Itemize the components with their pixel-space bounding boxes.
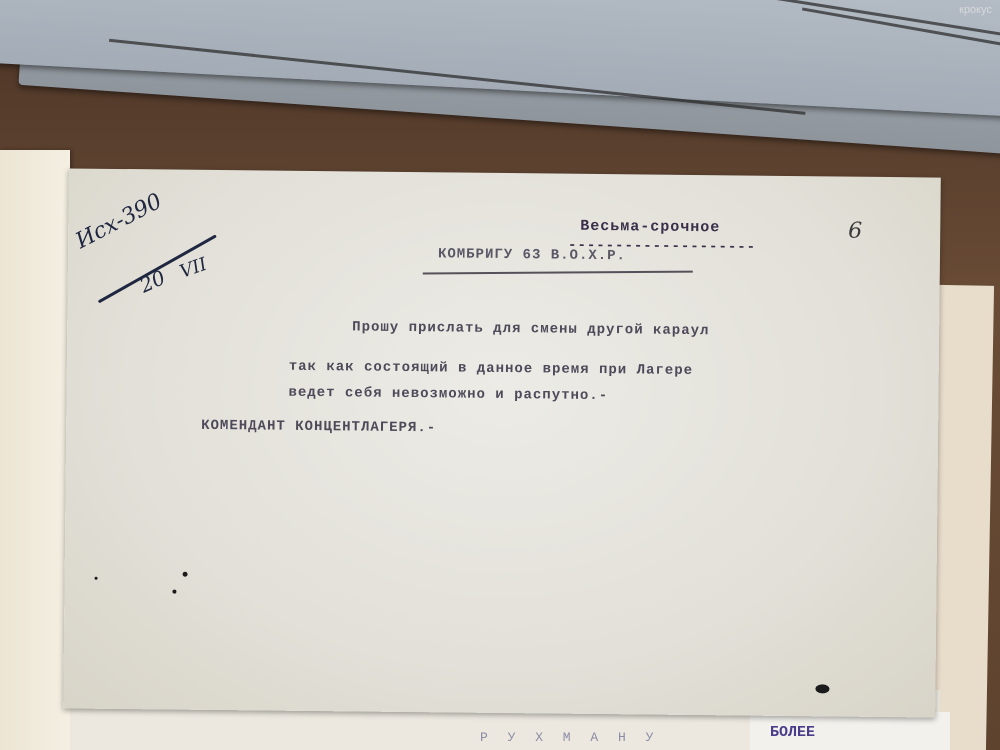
watermark: крокус [959, 4, 992, 16]
handwritten-outgoing-number: Исх-390 [72, 189, 166, 254]
urgency-heading: Весьма-срочное [580, 218, 720, 236]
telegram-document: Весьма-срочное -------------------- КОМБ… [63, 168, 941, 717]
stamp-text: БОЛЕЕ [770, 724, 815, 741]
background-sheet-left [0, 150, 70, 750]
addressee-underline [423, 271, 693, 275]
partial-typed-name: Р У Х М А Н У [480, 730, 659, 745]
signature: КОМЕНДАНТ КОНЦЕНТЛАГЕРЯ.- [201, 418, 436, 436]
page-number: 6 [848, 219, 862, 244]
background-sheet-stamp: БОЛЕЕ [750, 712, 950, 750]
body-line-1: Прошу прислать для смены другой караул [352, 319, 709, 339]
body-line-3: ведет себя невозможно и распутно.- [288, 385, 608, 404]
body-line-2: так как состоящий в данное время при Лаг… [289, 359, 693, 379]
handwritten-month: VII [177, 254, 210, 283]
addressee: КОМБРИГУ 63 В.О.Х.Р. [438, 246, 626, 264]
handwritten-day: 20 [136, 265, 169, 297]
